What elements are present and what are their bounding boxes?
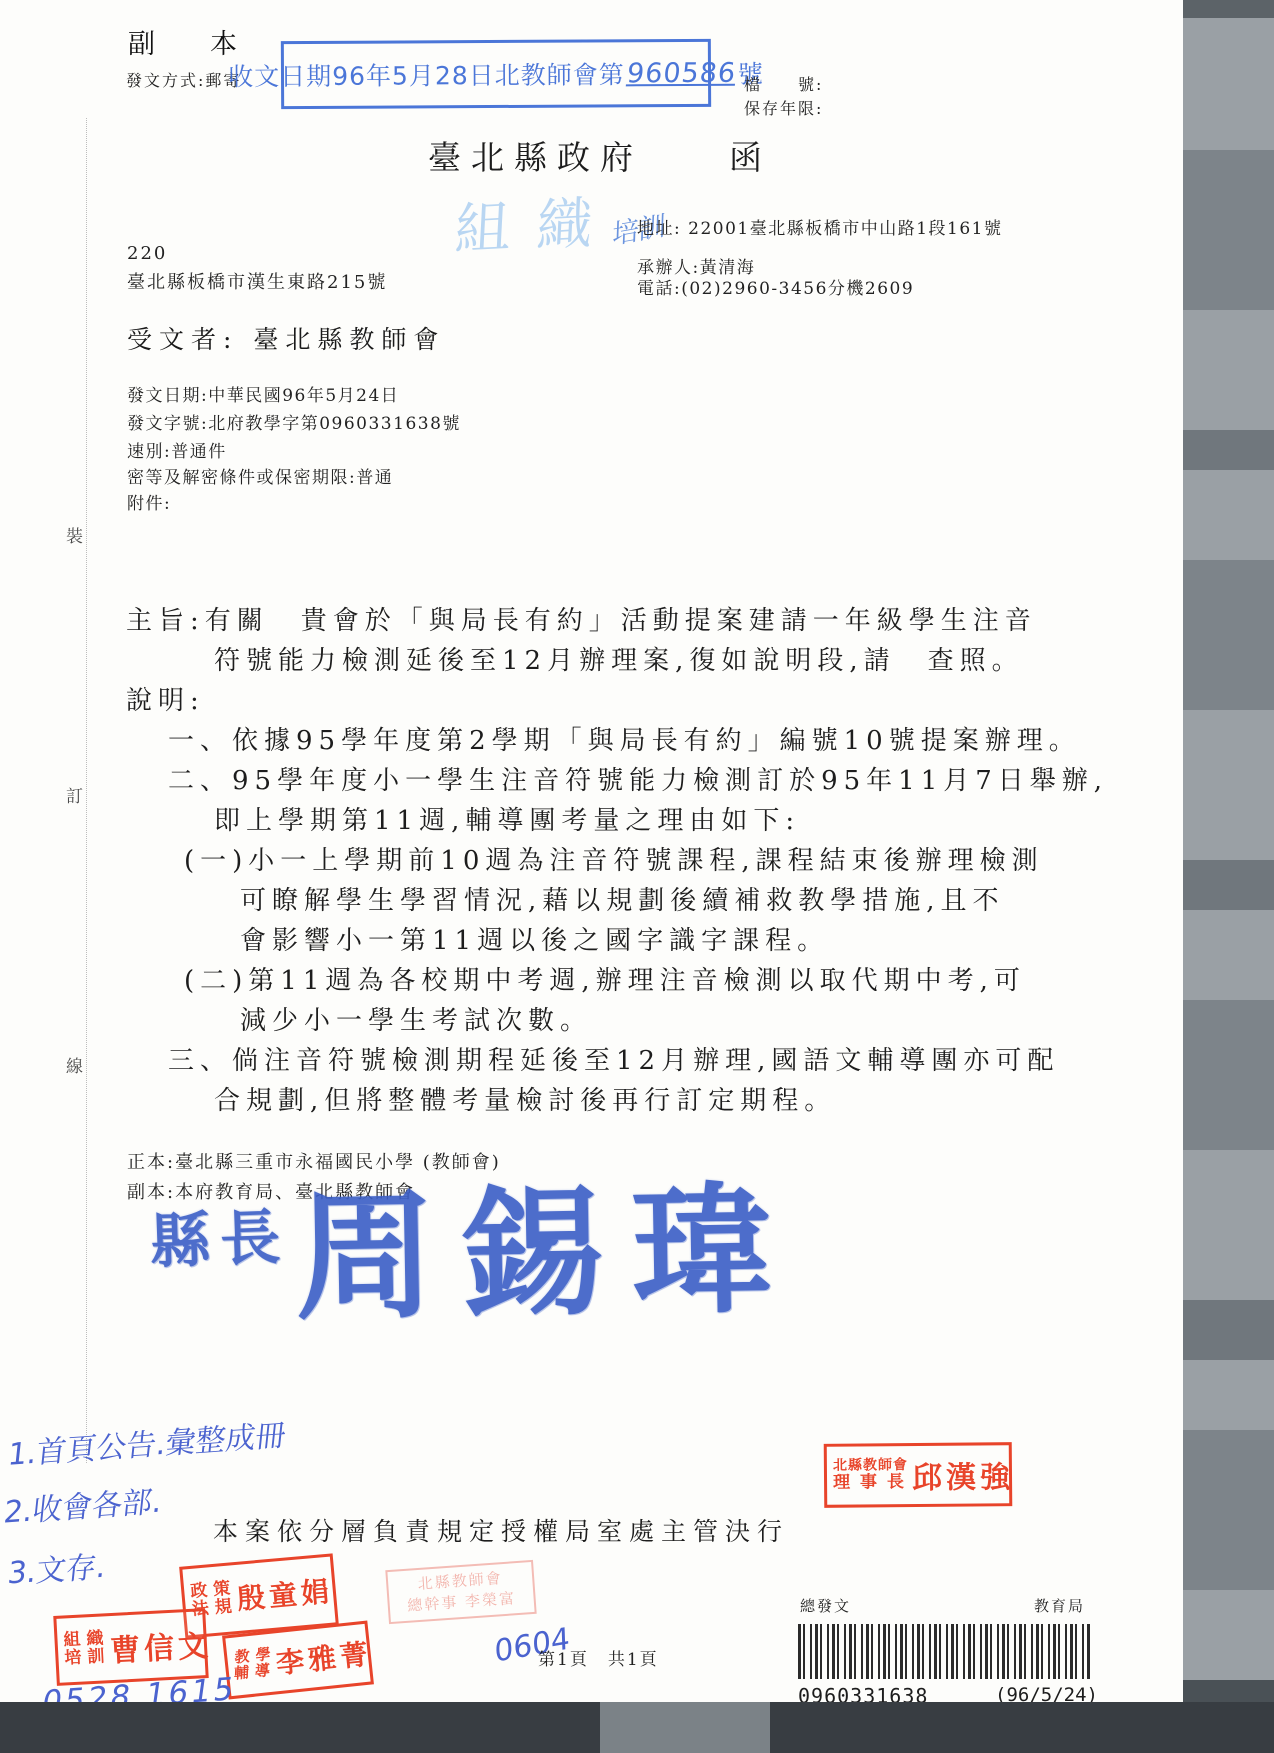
- binding-mark-xian: 線: [66, 1052, 83, 1077]
- meta-speed: 速別:普通件: [127, 437, 227, 462]
- recipient-name: 受文者: 臺北縣教師會: [127, 320, 445, 356]
- document-title: 臺北縣政府 函: [428, 132, 772, 179]
- handwritten-note-1: 1.首頁公告.彙整成冊: [6, 1410, 288, 1474]
- org-training-stamp-label: 訓: [87, 1648, 107, 1667]
- secretary-stamp: 北縣教師會 總幹事 李榮富: [385, 1560, 536, 1624]
- teaching-stamp-label: 導: [255, 1663, 272, 1681]
- binding-mark-ding: 訂: [66, 782, 83, 807]
- body-line: 即上學期第11週,輔導團考量之理由如下:: [214, 800, 800, 837]
- body-line: 減少小一學生考試次數。: [240, 1000, 592, 1037]
- copy-label: 副 本: [128, 22, 251, 61]
- body-line: 可瞭解學生學習情況,藉以規劃後續補救教學措施,且不: [240, 880, 1005, 917]
- policy-stamp-label: 規: [214, 1598, 234, 1617]
- teaching-stamp: 教學 輔導 李雅菁: [222, 1621, 374, 1700]
- chairman-stamp: 北縣教師會 理 事 長 邱漢強: [824, 1442, 1013, 1508]
- body-line: 會影響小一第11週以後之國字識字課程。: [240, 920, 829, 957]
- receipt-stamp-number: 960586: [623, 57, 739, 89]
- meta-security: 密等及解密條件或保密期限:普通: [127, 463, 393, 488]
- recipient-zip: 220: [127, 243, 167, 264]
- sender-phone: 電話:(02)2960-3456分機2609: [637, 274, 914, 299]
- chairman-stamp-name: 邱漢強: [912, 1452, 1020, 1497]
- chairman-stamp-title: 理 事 長: [833, 1473, 908, 1493]
- routing-note-light: 組織: [453, 178, 621, 267]
- meta-number: 發文字號:北府教學字第0960331638號: [127, 409, 461, 434]
- teaching-stamp-name: 李雅菁: [274, 1632, 380, 1682]
- handwritten-note-3: 3.文存.: [6, 1541, 109, 1592]
- scanner-edge-bottom: [0, 1702, 1274, 1753]
- fold-line: [86, 118, 87, 1463]
- meta-date: 發文日期:中華民國96年5月24日: [127, 381, 399, 406]
- meta-attachment: 附件:: [127, 489, 171, 514]
- magistrate-title-stamp: 縣長: [149, 1190, 292, 1281]
- scanner-edge-right: [1183, 0, 1274, 1753]
- body-line: 一、依據95學年度第2學期「與局長有約」編號10號提案辦理。: [168, 720, 1081, 757]
- sender-address: 地址: 22001臺北縣板橋市中山路1段161號: [637, 214, 1002, 239]
- body-line: 說明:: [126, 680, 205, 717]
- body-line: 合規劃,但將整體考量檢討後再行訂定期程。: [214, 1080, 836, 1117]
- body-line: 符號能力檢測延後至12月辦理案,復如說明段,請 查照。: [214, 640, 1024, 677]
- org-training-stamp-name: 曹信文: [109, 1620, 219, 1670]
- bureau-label: 教育局: [1034, 1595, 1085, 1616]
- org-training-stamp-label: 培: [64, 1650, 84, 1669]
- scanned-document: 裝 訂 線 副 本 發文方式:郵寄 收文日期96年5月28日北教師會第96058…: [0, 0, 1274, 1753]
- handwritten-note-2: 2.收會各部.: [2, 1476, 164, 1531]
- file-number-label: 檔 號:: [744, 72, 823, 95]
- body-line: 三、倘注音符號檢測期程延後至12月辦理,國語文輔導團亦可配: [168, 1040, 1059, 1077]
- policy-stamp-name: 殷童娟: [235, 1569, 340, 1618]
- binding-mark-zhuang: 裝: [66, 522, 83, 547]
- delivery-method: 發文方式:郵寄: [126, 68, 241, 91]
- dispatch-label: 總發文: [800, 1595, 851, 1616]
- page-indicator: 第1頁 共1頁: [538, 1645, 659, 1670]
- receipt-stamp-prefix: 收文日期96年5月28日北教師會第: [228, 55, 625, 93]
- barcode: [798, 1624, 1092, 1679]
- magistrate-name-stamp: 周錫瑋: [293, 1138, 800, 1348]
- retention-label: 保存年限:: [744, 96, 823, 119]
- body-line: (一)小一上學期前10週為注音符號課程,課程結束後辦理檢測: [184, 840, 1044, 877]
- body-line: 主旨:有關 貴會於「與局長有約」活動提案建請一年級學生注音: [126, 600, 1037, 637]
- recipient-street: 臺北縣板橋市漢生東路215號: [127, 268, 387, 294]
- decision-statement: 本案依分層負責規定授權局室處主管決行: [213, 1512, 789, 1548]
- receipt-date-stamp: 收文日期96年5月28日北教師會第960586號: [281, 39, 711, 109]
- body-line: 二、95學年度小一學生注音符號能力檢測訂於95年11月7日舉辦,: [168, 760, 1108, 797]
- body-line: (二)第11週為各校期中考週,辦理注音檢測以取代期中考,可: [184, 960, 1026, 997]
